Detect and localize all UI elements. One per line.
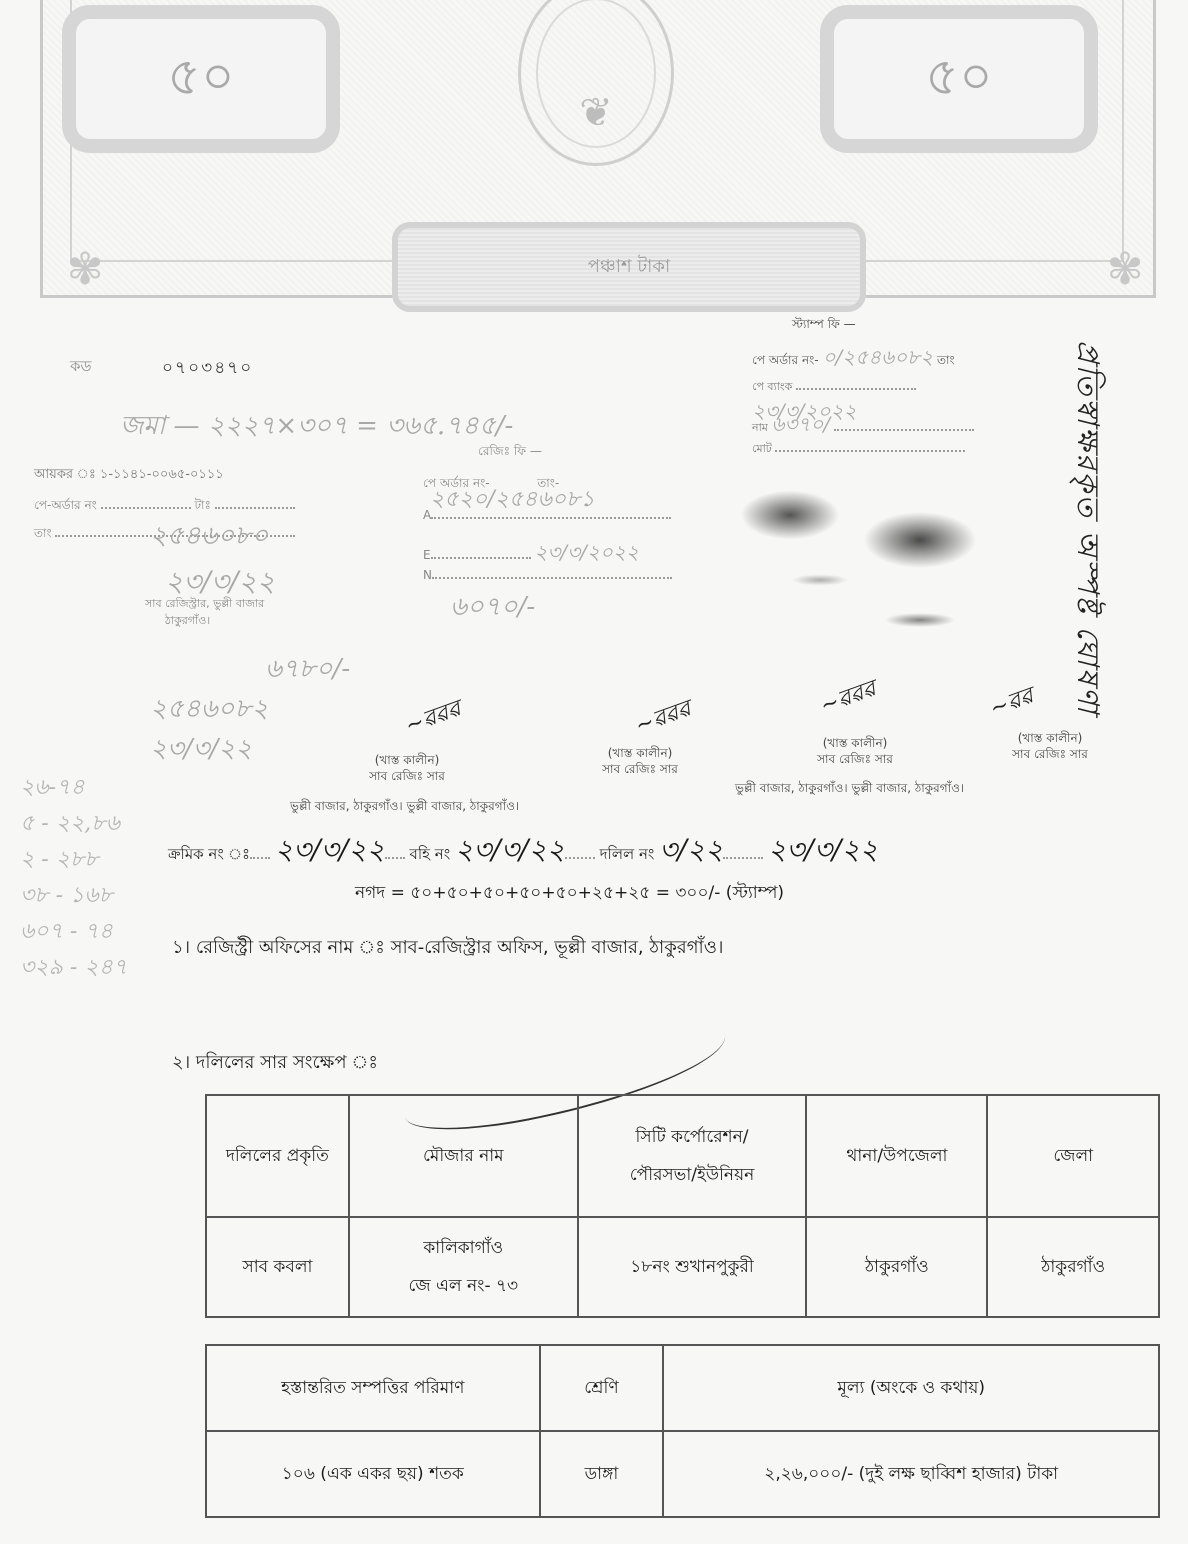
pencil-amount: ৬৭৮০/-	[265, 648, 350, 692]
seal-2: (খাস্ত কালীন) সাব রেজিঃ সার	[555, 745, 725, 777]
ornament-right-icon: ✾	[1090, 240, 1160, 300]
table-row: ১০৬ (এক একর ছয়) শতক ডাঙ্গা ২,২৬,০০০/- (…	[206, 1431, 1159, 1517]
stamp-amount-words: পঞ্চাশ টাকা	[392, 222, 866, 312]
field-n-value: ৬০৭০/-	[450, 586, 535, 630]
seal-address-2: ভুল্লী বাজার, ঠাকুরগাঁও। ভুল্লী বাজার, ঠ…	[735, 780, 1175, 796]
field-a: A	[423, 508, 671, 522]
pencil-date: ২৩/৩/২২	[150, 728, 252, 772]
emblem-leaves-icon: ❦	[536, 0, 656, 148]
code-label: কড	[70, 355, 92, 380]
deed-summary-table: দলিলের প্রকৃতি মৌজার নাম সিটি কর্পোরেশন/…	[205, 1094, 1160, 1318]
registration-fee-label: রেজিঃ ফি —	[478, 443, 542, 463]
deed-summary-heading: ২। দলিলের সার সংক্ষেপ ঃ	[172, 1048, 378, 1079]
table-header-row: হস্তান্তরিত সম্পত্তির পরিমাণ শ্রেণি মূল্…	[206, 1345, 1159, 1431]
pencil-number: ২৫৪৬০৮২	[150, 688, 268, 732]
handwritten-calculation: জমা — ২২২৭×৩০৭ = ৩৬৫.৭৪৫/-	[120, 405, 513, 449]
seal-4: (খাস্ত কালীন) সাব রেজিঃ সার	[965, 730, 1135, 762]
serial-value: ২৩/৩/২২	[275, 833, 385, 866]
serial-label: ক্রমিক নং ঃ	[168, 845, 250, 863]
deed-label: দলিল নং	[600, 845, 655, 863]
signature-4: ~ৱৱ	[985, 679, 1039, 729]
left-payorder-value: ২৫৪৬০৮০	[150, 515, 268, 559]
right-field-total: মোট	[752, 440, 992, 459]
ornament-left-icon: ✾	[50, 240, 120, 300]
vertical-handwritten-note: প্রতিস্বাক্ষরকৃত অস্পষ্ট ঘোষণা	[1062, 340, 1113, 715]
seal-address-1: ভুল্লী বাজার, ঠাকুরগাঁও। ভুল্লী বাজার, ঠ…	[290, 798, 610, 814]
stamp-value-right: ৫০	[820, 5, 1098, 153]
registry-office-line: ১। রেজিস্ট্রী অফিসের নাম ঃ সাব-রেজিস্ট্র…	[172, 933, 723, 964]
left-payorder: পে-অর্ডার নং টাঃ	[34, 497, 295, 517]
cash-stamp-line: নগদ = ৫০+৫০+৫০+৫০+৫০+২৫+২৫ = ৩০০/- (স্ট্…	[355, 880, 784, 908]
signature-2: ~ৱৱৱ	[630, 691, 696, 745]
right-payorder-value: ০/২৫৪৬০৮২	[822, 345, 933, 369]
right-payorder: পে অর্ডার নং- ০/২৫৪৬০৮২ তাং	[752, 343, 955, 376]
ink-seal-stamp	[700, 470, 1000, 650]
right-date-label: তাং	[937, 353, 955, 367]
stamp-fee-label: স্ট্যাম্প ফি —	[792, 316, 856, 336]
serial-extra-value: ২৩/৩/২২	[768, 833, 878, 866]
stamp-value-left: ৫০	[62, 5, 340, 153]
income-tax-line: আয়কর ঃ ১-১১৪১-০০৬৫-০১১১	[34, 465, 224, 486]
signature-1: ~ৱৱৱ	[400, 691, 466, 745]
table-row: সাব কবলা কালিকাগাঁও জে এল নং- ৭৩ ১৮নং শু…	[206, 1217, 1159, 1317]
book-value: ২৩/৩/২২	[455, 833, 565, 866]
margin-pencil-notes: ২৬-৭৪ ৫ - ২২,৮৬ ২ - ২৮৮ ৩৮ - ১৬৮ ৬০৭ - ৭…	[20, 770, 127, 986]
table-header-row: দলিলের প্রকৃতি মৌজার নাম সিটি কর্পোরেশন/…	[206, 1095, 1159, 1217]
serial-line: ক্রমিক নং ঃ ২৩/৩/২২ বহি নং ২৩/৩/২২ দলিল …	[168, 828, 878, 875]
property-value-table: হস্তান্তরিত সম্পত্তির পরিমাণ শ্রেণি মূল্…	[205, 1344, 1160, 1518]
book-label: বহি নং	[410, 845, 451, 863]
right-field-name: নাম ৬৩৭০/	[752, 410, 992, 443]
right-payorder-label: পে অর্ডার নং-	[752, 353, 819, 367]
signature-3: ~ৱৱৱ	[815, 671, 881, 725]
deed-value: ৩/২২	[659, 833, 723, 866]
seal-3: (খাস্ত কালীন) সাব রেজিঃ সার	[770, 735, 940, 767]
field-e: E ২৩/৩/২০২২	[423, 538, 639, 571]
code-value: ০৭০৩৪৭০	[162, 355, 253, 383]
seal-1: (খাস্ত কালীন) সাব রেজিঃ সার	[322, 752, 492, 784]
field-n: N	[423, 568, 672, 582]
sub-registrar-seal: সাব রেজিস্ট্রার, ভুল্লী বাজার ঠাকুরগাঁও।	[145, 595, 264, 629]
